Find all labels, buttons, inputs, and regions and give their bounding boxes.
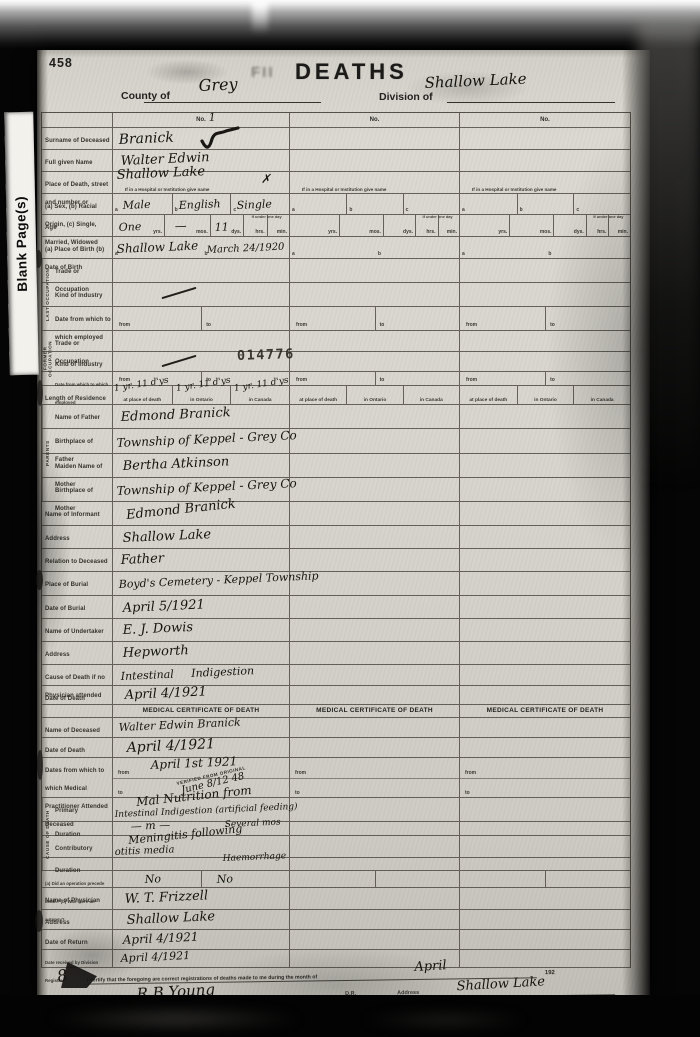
unit-dys: dys. xyxy=(231,230,241,235)
bleed-through-mark: FII xyxy=(251,64,275,81)
record-cell: fromto xyxy=(459,307,630,330)
blank-pages-strip: Blank Page(s) xyxy=(4,112,39,376)
registration-number-stamp: 014776 xyxy=(237,346,295,364)
subcell: hrs. xyxy=(587,215,609,236)
record-cell: Township of Keppel - Grey Co xyxy=(112,429,289,453)
hw-place-of-death: Shallow Lake xyxy=(116,164,205,183)
label-cell: Full given Name xyxy=(42,150,112,171)
record-cell xyxy=(289,718,459,737)
marker-c: c xyxy=(233,208,236,213)
record-cell xyxy=(289,822,459,835)
subcell: b xyxy=(346,194,402,214)
record-cell: at place of death in Ontario in Canada xyxy=(289,386,459,404)
subcell: at place of death xyxy=(290,386,346,404)
label-cell: Dates from which to which Medical Practi… xyxy=(42,758,112,797)
record-cell xyxy=(289,686,459,704)
row-label: Surname of Deceased xyxy=(45,138,110,144)
row-informant: Name of Informant Edmond Branick xyxy=(42,502,630,526)
label-cell: Date of Death xyxy=(42,686,112,704)
unit-min: min. xyxy=(447,230,457,235)
no-label: No. xyxy=(113,113,289,127)
label-cell: Age xyxy=(42,215,112,236)
subcell-under-one-day: If under one day hrs. min. xyxy=(243,215,289,236)
subcell-at-place: at place of death1 yr. 11 d'ys xyxy=(113,386,172,404)
record-cell: Father xyxy=(112,549,289,571)
marker-b: b xyxy=(548,252,551,257)
record-cell xyxy=(112,259,289,282)
record-cell xyxy=(459,405,630,428)
subcell: dys. xyxy=(553,215,585,236)
record-cell: aMale bEnglish cSingle xyxy=(112,194,289,214)
row-undertaker-address: Address Hepworth xyxy=(42,642,630,665)
hw-hospital-mark: ✗ xyxy=(260,172,271,186)
to-label: to xyxy=(380,377,385,383)
scan-bottom-blot xyxy=(360,1011,530,1029)
marker-a: a xyxy=(292,208,295,213)
record-cell: If in a Hospital or Institution give nam… xyxy=(289,172,459,193)
page-header: 458 FII DEATHS County of Grey Division o… xyxy=(37,50,650,110)
row-label: Address xyxy=(45,652,70,658)
subcell: b xyxy=(517,194,574,214)
row-label: Address xyxy=(45,536,70,542)
row-industry-last: Kind of Industry xyxy=(42,283,630,307)
in-canada-label: in Canada xyxy=(574,398,630,403)
scan-edge-blot xyxy=(37,380,43,406)
hw-contributory-2: otitis media xyxy=(115,844,175,858)
record-cell xyxy=(459,642,630,664)
unit-mos: mos. xyxy=(540,230,552,235)
subcell-origin: bEnglish xyxy=(172,194,231,214)
to-label: to xyxy=(295,790,300,796)
record-cell xyxy=(459,429,630,453)
record-cell xyxy=(289,798,459,821)
record-cell xyxy=(459,454,630,477)
marker-a: a xyxy=(462,208,465,213)
subcells: yrs. mos. dys. If under one day hrs. min… xyxy=(460,215,630,236)
divider xyxy=(375,871,376,887)
subcells: at place of death in Ontario in Canada xyxy=(290,386,459,404)
row-father: Name of Father Edmond Branick xyxy=(42,405,630,429)
record-cell xyxy=(289,478,459,501)
scan-edge-blot xyxy=(35,910,43,932)
row-label: Contributory xyxy=(55,846,93,852)
record-cell xyxy=(289,738,459,757)
subcell: hrs. xyxy=(416,215,437,236)
at-place-label: at place of death xyxy=(113,398,172,403)
no-label: No. xyxy=(290,113,459,127)
label-cell: Name of Undertaker xyxy=(42,619,112,641)
ink-dash xyxy=(161,355,196,368)
hospital-hint: If in a Hospital or Institution give nam… xyxy=(472,187,556,192)
row-label: Address xyxy=(45,920,70,926)
unit-mos: mos. xyxy=(196,230,208,235)
label-cell: (a) Place of Birth (b) Date of Birth xyxy=(42,237,112,258)
row-mc-name: Name of Deceased Walter Edwin Branick xyxy=(42,718,630,738)
record-cell xyxy=(459,352,630,371)
subcell: min. xyxy=(608,215,630,236)
unit-hrs: hrs. xyxy=(255,230,264,235)
record-cell xyxy=(459,686,630,704)
subcell: in Ontario xyxy=(346,386,402,404)
record-cell: Haemorrhage xyxy=(112,858,289,870)
marker-a: a xyxy=(115,208,118,213)
row-label: Date of Return xyxy=(45,940,88,946)
record-cell: Shallow Lake xyxy=(112,910,289,929)
row-operation-autopsy: (a) Did an operation precede death? (b) … xyxy=(42,871,630,888)
row-trade-last: Trade or Occupation xyxy=(42,259,630,283)
record-cell: April 4/1921 xyxy=(112,950,289,967)
record-cell: a b Shallow Lake March 24/1920 xyxy=(112,237,289,258)
record-cell: fromto xyxy=(459,758,630,797)
hospital-hint: If in a Hospital or Institution give nam… xyxy=(125,187,209,192)
row-label: Place of Burial xyxy=(45,582,88,588)
divider xyxy=(545,871,546,887)
label-cell: Address xyxy=(42,642,112,664)
subcells: hrs. min. xyxy=(587,215,630,236)
subcell: If under one day hrs. min. xyxy=(586,215,630,236)
record-cell xyxy=(289,259,459,282)
scan-top-band xyxy=(0,0,700,48)
subcell-in-canada: in Canada1 yr. 11 d'ys xyxy=(230,386,289,404)
subcell: c xyxy=(573,194,630,214)
record-cell: E. J. Dowis xyxy=(112,619,289,641)
row-dates-attended: Dates from which to which Medical Practi… xyxy=(42,758,630,798)
record-cell: a b c xyxy=(459,194,630,214)
record-cell: fromto xyxy=(459,372,630,385)
row-label: Date of Death xyxy=(45,696,85,702)
row-label: Name of Father xyxy=(55,415,100,421)
from-label: from xyxy=(119,322,130,328)
divider xyxy=(460,758,630,779)
row-physician: Name of Physician W. T. Frizzell xyxy=(42,888,630,910)
record-cell xyxy=(289,128,459,149)
label-cell: Name of Informant xyxy=(42,502,112,525)
hw-burial-date: April 5/1921 xyxy=(122,597,205,616)
record-cell: April 5/1921 xyxy=(112,596,289,618)
blank-pages-label: Blank Page(s) xyxy=(13,195,30,291)
unit-yrs: yrs. xyxy=(328,230,337,235)
record-cell xyxy=(289,858,459,870)
record-cell xyxy=(459,572,630,595)
marker-b: b xyxy=(378,252,381,257)
hw-cause-no-physician: Intestinal Indigestion xyxy=(120,664,254,683)
record-cell: April 4/1921 xyxy=(112,930,289,949)
record-cell xyxy=(459,150,630,171)
in-canada-label: in Canada xyxy=(404,398,459,403)
death-register-page: 458 FII DEATHS County of Grey Division o… xyxy=(37,50,650,998)
hw-father-birthplace: Township of Keppel - Grey Co xyxy=(116,428,297,450)
record-cell: Bertha Atkinson xyxy=(112,454,289,477)
record-cell xyxy=(289,619,459,641)
page-number: 458 xyxy=(49,56,73,70)
subcells: a b c xyxy=(290,194,459,214)
row-date-of-burial: Date of Burial April 5/1921 xyxy=(42,596,630,619)
medical-certificate-title: MEDICAL CERTIFICATE OF DEATH xyxy=(290,705,459,717)
hw-county: Grey xyxy=(198,74,238,95)
record-cell xyxy=(289,930,459,949)
subcell: c xyxy=(403,194,459,214)
subcell: mos. xyxy=(509,215,553,236)
record-cell xyxy=(289,910,459,929)
record-cell xyxy=(459,128,630,149)
row-label: Relation to Deceased xyxy=(45,559,108,565)
record-cell xyxy=(289,352,459,371)
record-cell xyxy=(459,822,630,835)
marker-b: b xyxy=(349,208,352,213)
record-cell xyxy=(459,718,630,737)
from-label: from xyxy=(466,377,477,383)
label-cell: Name of Deceased xyxy=(42,718,112,737)
record-cell xyxy=(459,910,630,929)
subcells: aMale bEnglish cSingle xyxy=(113,194,289,214)
hw-birth-place: Shallow Lake xyxy=(116,238,198,256)
record-cell xyxy=(459,596,630,618)
record-cell xyxy=(459,526,630,548)
row-birth: (a) Place of Birth (b) Date of Birth a b… xyxy=(42,237,630,259)
to-label: to xyxy=(206,322,211,328)
subcell: in Canada xyxy=(573,386,630,404)
unit-dys: dys. xyxy=(403,230,413,235)
to-label: to xyxy=(550,322,555,328)
county-underline xyxy=(144,102,321,103)
subcell: in Canada xyxy=(403,386,459,404)
label-cell: Address xyxy=(42,526,112,548)
record-cell: 014776 xyxy=(112,352,289,371)
record-cell xyxy=(289,405,459,428)
row-industry-former: Kind of Industry 014776 xyxy=(42,352,630,372)
record-cell: If in a Hospital or Institution give nam… xyxy=(459,172,630,193)
label-cell: Birthplace of Father xyxy=(42,429,112,453)
record-cell: at place of death1 yr. 11 d'ys in Ontari… xyxy=(112,386,289,404)
row-mother: Maiden Name of Mother Bertha Atkinson xyxy=(42,454,630,478)
label-cell: Name of Father xyxy=(42,405,112,428)
subcell-months: mos.— xyxy=(164,215,210,236)
medical-certificate-title: MEDICAL CERTIFICATE OF DEATH xyxy=(460,705,630,717)
record-cell xyxy=(289,454,459,477)
hw-record-no: 1 xyxy=(208,111,216,124)
record-cell: No No xyxy=(112,871,289,887)
record-cell: MEDICAL CERTIFICATE OF DEATH xyxy=(289,705,459,717)
hw-operation: No xyxy=(144,872,161,886)
row-label: Name of Undertaker xyxy=(45,629,104,635)
no-label: No. xyxy=(460,113,630,127)
record-cell xyxy=(289,836,459,857)
subcell-marital: cSingle xyxy=(230,194,289,214)
record-cell: Walter Edwin Branick xyxy=(112,718,289,737)
record-cell: Shallow Lake If in a Hospital or Institu… xyxy=(112,172,289,193)
group-former-occupation: FORMER OCCUPATION xyxy=(42,331,52,386)
record-cell xyxy=(459,478,630,501)
record-cell: Shallow Lake xyxy=(112,526,289,548)
subcell-min: min. xyxy=(267,215,289,236)
hw-informant-address: Shallow Lake xyxy=(122,527,211,546)
label-cell: Length of Residence xyxy=(42,386,112,404)
record-cell xyxy=(289,549,459,571)
group-last-occupation: LAST OCCUPATION xyxy=(42,259,52,331)
at-place-label: at place of death xyxy=(460,398,517,403)
marker-c: c xyxy=(406,208,409,213)
hw-physician-address: Shallow Lake xyxy=(126,909,215,928)
record-cell: yrs. mos. dys. If under one day hrs. min… xyxy=(289,215,459,236)
row-cause-no-physician: Cause of Death if no Physician attended … xyxy=(42,665,630,686)
record-cell xyxy=(459,549,630,571)
subcell-in-ontario: in Ontario1 yr. 11 d'ys xyxy=(172,386,231,404)
marker-a: a xyxy=(292,252,295,257)
row-label: Age xyxy=(45,225,57,231)
subcells: at place of death1 yr. 11 d'ys in Ontari… xyxy=(113,386,289,404)
hw-physician: W. T. Frizzell xyxy=(124,888,208,907)
label-cell: Address xyxy=(42,910,112,929)
record-cell: Edmond Branick xyxy=(112,405,289,428)
scan-edge-blot xyxy=(36,570,43,590)
hw-age-days: 11 xyxy=(214,220,229,234)
record-cell xyxy=(289,871,459,887)
record-cell: Hepworth xyxy=(112,642,289,664)
record-cell xyxy=(459,888,630,909)
row-informant-address: Address Shallow Lake xyxy=(42,526,630,549)
record-cell xyxy=(459,259,630,282)
register-table: LAST OCCUPATION FORMER OCCUPATION PARENT… xyxy=(41,112,631,968)
record-cell xyxy=(459,798,630,821)
group-cause-of-death: CAUSE OF DEATH xyxy=(42,798,52,871)
row-place-of-burial: Place of Burial Boyd's Cemetery - Keppel… xyxy=(42,572,630,596)
subcell-sex: aMale xyxy=(113,194,172,214)
subcell: If under one day hrs. min. xyxy=(415,215,459,236)
record-cell xyxy=(459,665,630,685)
label-cell: Place of Burial xyxy=(42,572,112,595)
unit-dys: dys. xyxy=(574,230,584,235)
medical-certificate-title: MEDICAL CERTIFICATE OF DEATH xyxy=(113,705,289,717)
record-cell: Township of Keppel - Grey Co xyxy=(112,478,289,501)
subcells: a b c xyxy=(460,194,630,214)
row-physician-address: Address Shallow Lake xyxy=(42,910,630,930)
subcell: dys. xyxy=(383,215,415,236)
divider xyxy=(545,307,546,330)
record-cell xyxy=(459,619,630,641)
record-cell xyxy=(289,642,459,664)
unit-min: min. xyxy=(618,230,628,235)
record-cell: No. xyxy=(459,113,630,127)
record-cell xyxy=(459,836,630,857)
row-place-of-death: Place of Death, street and number or Sha… xyxy=(42,172,630,194)
row-label: Date of Burial xyxy=(45,606,85,612)
record-cell xyxy=(289,665,459,685)
hw-division: Shallow Lake xyxy=(424,70,527,92)
row-relation: Relation to Deceased Father xyxy=(42,549,630,572)
divider xyxy=(375,307,376,330)
label-cell: Place of Death, street and number or xyxy=(42,172,112,193)
record-cell: W. T. Frizzell xyxy=(112,888,289,909)
label-cell: Duration xyxy=(42,822,112,835)
hw-marital: Single xyxy=(237,197,273,212)
row-primary-cause: Primary Mal Nutrition from Intestinal In… xyxy=(42,798,630,822)
hw-contributory-extra: Haemorrhage xyxy=(223,851,287,864)
label-cell: Trade or Occupation xyxy=(42,331,112,351)
record-cell: Intestinal Indigestion xyxy=(112,665,289,685)
row-mother-birthplace: Birthplace of Mother Township of Keppel … xyxy=(42,478,630,502)
division-underline xyxy=(447,102,615,103)
label-cell: Contributory xyxy=(42,836,112,857)
label-cell: Name of Physician xyxy=(42,888,112,909)
hw-father: Edmond Branick xyxy=(120,405,231,425)
label-cell: Maiden Name of Mother xyxy=(42,454,112,477)
divider xyxy=(545,372,546,385)
record-cell: April 4/1921 xyxy=(112,738,289,757)
record-cell: fromto xyxy=(289,307,459,330)
subcell-years: yrs.One xyxy=(113,215,164,236)
divider xyxy=(290,758,459,779)
record-cell: MEDICAL CERTIFICATE OF DEATH xyxy=(112,705,289,717)
label-cell: Date of Return xyxy=(42,930,112,949)
row-contributory-duration: Duration Haemorrhage xyxy=(42,858,630,871)
group-parents: PARENTS xyxy=(42,405,52,502)
record-cell: No. xyxy=(289,113,459,127)
record-cell xyxy=(289,888,459,909)
record-cell xyxy=(289,150,459,171)
hw-relation: Father xyxy=(120,551,164,568)
record-cell xyxy=(289,502,459,525)
label-cell: (a) Sex, (b) Racial Origin, (c) Single, … xyxy=(42,194,112,214)
record-cell: No. 1 xyxy=(112,113,289,127)
subcells: hrs. min. xyxy=(244,215,289,236)
subcell: a xyxy=(460,194,517,214)
record-cell: Edmond Branick xyxy=(112,502,289,525)
marker-b: b xyxy=(175,208,178,213)
hw-age-years: One xyxy=(118,220,141,234)
to-label: to xyxy=(550,377,555,383)
record-cell xyxy=(459,858,630,870)
row-label: Name of Deceased xyxy=(45,728,100,734)
microfilm-scan: Blank Page(s) 458 FII DEATHS County of G… xyxy=(0,0,700,1037)
hw-mc-name: Walter Edwin Branick xyxy=(118,716,240,734)
record-cell xyxy=(459,738,630,757)
record-cell xyxy=(289,526,459,548)
label-cell: Surname of Deceased xyxy=(42,128,112,149)
hw-surname: Branick xyxy=(118,130,174,148)
row-contributory-cause: Contributory Meningitis following otitis… xyxy=(42,836,630,858)
record-cell: yrs. mos. dys. If under one day hrs. min… xyxy=(459,215,630,236)
record-cell: yrs.One mos.— dys.11 If under one day hr… xyxy=(112,215,289,236)
record-cell: from to April 1st 1921 VERIFIED FROM ORI… xyxy=(112,758,289,797)
label-cell xyxy=(42,113,112,127)
hw-mother: Bertha Atkinson xyxy=(122,454,229,474)
record-cell xyxy=(289,331,459,351)
from-label: from xyxy=(295,770,306,776)
row-surname: Surname of Deceased Branick xyxy=(42,128,630,150)
in-ontario-label: in Ontario xyxy=(518,398,574,403)
row-father-birthplace: Birthplace of Father Township of Keppel … xyxy=(42,429,630,454)
record-cell: Branick xyxy=(112,128,289,149)
unit-hrs: hrs. xyxy=(426,230,435,235)
record-cell xyxy=(289,429,459,453)
row-label: Name of Informant xyxy=(45,512,100,518)
record-cell: fromto xyxy=(112,307,289,330)
from-label: from xyxy=(296,377,307,383)
row-label: Name of Physician xyxy=(45,898,100,904)
subcell: yrs. xyxy=(290,215,339,236)
scan-light-streak xyxy=(252,0,268,34)
record-cell xyxy=(459,331,630,351)
from-label: from xyxy=(466,322,477,328)
label-cell: (a) Did an operation precede death? (b) … xyxy=(42,871,112,887)
in-canada-label: in Canada xyxy=(231,398,289,403)
row-number-header: No. 1 No. No. xyxy=(42,113,630,128)
record-cell: ab xyxy=(459,237,630,258)
hw-mother-birthplace: Township of Keppel - Grey Co xyxy=(116,476,297,498)
subcell: at place of death xyxy=(460,386,517,404)
form-title: DEATHS xyxy=(295,59,408,85)
divider xyxy=(201,307,202,330)
